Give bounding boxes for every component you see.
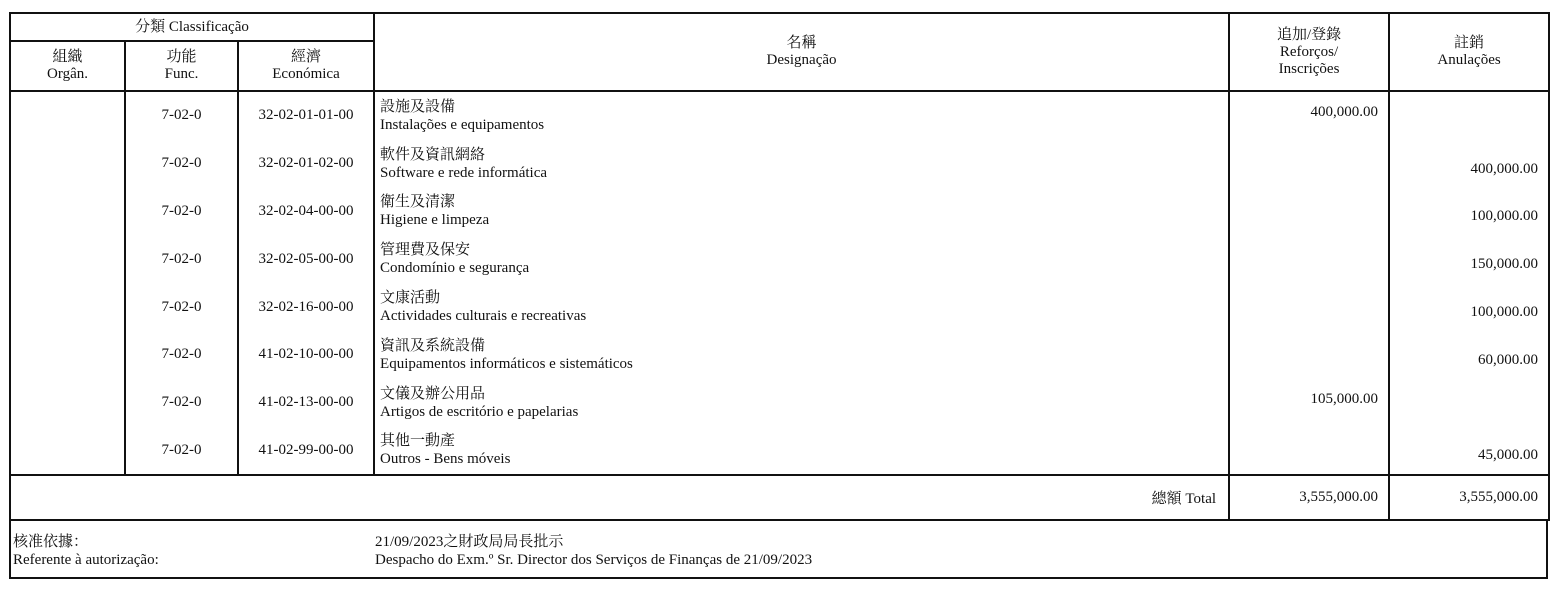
func-cell: 7-02-0 (126, 92, 237, 140)
reinforcement-cell (1230, 188, 1388, 236)
reinforcements-column: 400,000.00105,000.00 (1229, 91, 1389, 475)
organ-cell (11, 188, 124, 236)
authorization-value-pt: Despacho do Exm.º Sr. Director dos Servi… (375, 551, 812, 569)
func-column: 7-02-07-02-07-02-07-02-07-02-07-02-07-02… (125, 91, 238, 475)
designation-header-pt: Designação (375, 52, 1228, 69)
cancellation-cell: 400,000.00 (1390, 140, 1548, 188)
organ-cell (11, 283, 124, 331)
designation-cell: 文康活動Actividades culturais e recreativas (375, 283, 1228, 331)
econ-cell: 32-02-01-02-00 (239, 140, 373, 188)
econ-cell: 32-02-04-00-00 (239, 188, 373, 236)
econ-cell: 41-02-10-00-00 (239, 331, 373, 379)
func-header: 功能 Func. (125, 41, 238, 91)
reinforcements-header-pt2: Inscrições (1230, 61, 1388, 78)
func-cell: 7-02-0 (126, 283, 237, 331)
func-cell: 7-02-0 (126, 188, 237, 236)
cancellation-cell: 150,000.00 (1390, 235, 1548, 283)
reinforcement-cell (1230, 331, 1388, 379)
designation-zh: 設施及設備 (380, 98, 455, 116)
designation-zh: 資訊及系統設備 (380, 337, 485, 355)
organ-column (10, 91, 125, 475)
designation-cell: 文儀及辦公用品Artigos de escritório e papelaria… (375, 379, 1228, 427)
designation-cell: 其他一動產Outros - Bens móveis (375, 427, 1228, 475)
econ-cell: 32-02-05-00-00 (239, 235, 373, 283)
cancellation-cell: 100,000.00 (1390, 283, 1548, 331)
designation-zh: 衛生及清潔 (380, 193, 455, 211)
func-cell: 7-02-0 (126, 235, 237, 283)
econ-header: 經濟 Económica (238, 41, 374, 91)
econ-column: 32-02-01-01-0032-02-01-02-0032-02-04-00-… (238, 91, 374, 475)
reinforcement-cell (1230, 283, 1388, 331)
authorization-label-pt: Referente à autorização: (13, 551, 159, 569)
organ-cell (11, 427, 124, 475)
econ-cell: 41-02-99-00-00 (239, 427, 373, 475)
budget-transfer-document: 分類 Classificação 名稱 Designação 追加/登錄 Ref… (9, 12, 1548, 579)
reinforcement-cell: 105,000.00 (1230, 379, 1388, 427)
authorization-value-zh: 21/09/2023之財政局局長批示 (375, 533, 812, 551)
designation-pt: Condomínio e segurança (380, 259, 529, 277)
designation-column: 設施及設備Instalações e equipamentos軟件及資訊網絡So… (374, 91, 1229, 475)
designation-pt: Higiene e limpeza (380, 211, 489, 229)
designation-zh: 管理費及保安 (380, 241, 470, 259)
organ-cell (11, 235, 124, 283)
designation-cell: 設施及設備Instalações e equipamentos (375, 92, 1228, 140)
designation-pt: Equipamentos informáticos e sistemáticos (380, 355, 633, 373)
func-header-pt: Func. (126, 66, 237, 83)
designation-cell: 資訊及系統設備Equipamentos informáticos e siste… (375, 331, 1228, 379)
organ-header: 組織 Orgân. (10, 41, 125, 91)
designation-header-zh: 名稱 (375, 35, 1228, 52)
cancellation-cell: 45,000.00 (1390, 427, 1548, 475)
organ-header-pt: Orgân. (11, 66, 124, 83)
designation-pt: Software e rede informática (380, 164, 547, 182)
total-label: 總額 Total (10, 475, 1229, 520)
reinforcement-cell: 400,000.00 (1230, 92, 1388, 140)
organ-header-zh: 組織 (11, 49, 124, 66)
econ-header-zh: 經濟 (239, 49, 373, 66)
reinforcements-header: 追加/登錄 Reforços/ Inscrições (1229, 13, 1389, 91)
organ-cell (11, 379, 124, 427)
reinforcement-cell (1230, 235, 1388, 283)
cancellation-cell (1390, 92, 1548, 140)
designation-pt: Instalações e equipamentos (380, 116, 544, 134)
cancellation-cell (1390, 379, 1548, 427)
cancellations-header-zh: 註銷 (1390, 35, 1548, 52)
designation-zh: 文儀及辦公用品 (380, 385, 485, 403)
authorization-section: 核准依據： Referente à autorização: 21/09/202… (9, 521, 1548, 579)
cancellation-cell: 100,000.00 (1390, 188, 1548, 236)
designation-zh: 文康活動 (380, 289, 440, 307)
total-cancellations: 3,555,000.00 (1389, 475, 1549, 520)
designation-pt: Outros - Bens móveis (380, 450, 510, 468)
cancellations-column: 400,000.00100,000.00150,000.00100,000.00… (1389, 91, 1549, 475)
classification-header: 分類 Classificação (10, 13, 374, 41)
cancellations-header: 註銷 Anulações (1389, 13, 1549, 91)
total-reinforcements: 3,555,000.00 (1229, 475, 1389, 520)
designation-cell: 衛生及清潔Higiene e limpeza (375, 188, 1228, 236)
func-cell: 7-02-0 (126, 331, 237, 379)
budget-table: 分類 Classificação 名稱 Designação 追加/登錄 Ref… (9, 12, 1550, 521)
designation-cell: 管理費及保安Condomínio e segurança (375, 235, 1228, 283)
cancellations-header-pt: Anulações (1390, 52, 1548, 69)
reinforcements-header-zh: 追加/登錄 (1230, 27, 1388, 44)
organ-cell (11, 331, 124, 379)
authorization-label: 核准依據： Referente à autorização: (13, 533, 159, 569)
reinforcements-header-pt1: Reforços/ (1230, 44, 1388, 61)
authorization-label-zh: 核准依據： (13, 533, 159, 551)
designation-zh: 軟件及資訊網絡 (380, 146, 485, 164)
designation-cell: 軟件及資訊網絡Software e rede informática (375, 140, 1228, 188)
func-cell: 7-02-0 (126, 379, 237, 427)
econ-cell: 32-02-01-01-00 (239, 92, 373, 140)
econ-cell: 41-02-13-00-00 (239, 379, 373, 427)
designation-zh: 其他一動產 (380, 432, 455, 450)
designation-pt: Artigos de escritório e papelarias (380, 403, 578, 421)
organ-cell (11, 92, 124, 140)
designation-pt: Actividades culturais e recreativas (380, 307, 586, 325)
reinforcement-cell (1230, 140, 1388, 188)
authorization-value: 21/09/2023之財政局局長批示 Despacho do Exm.º Sr.… (375, 533, 812, 569)
func-header-zh: 功能 (126, 49, 237, 66)
econ-cell: 32-02-16-00-00 (239, 283, 373, 331)
designation-header: 名稱 Designação (374, 13, 1229, 91)
total-row: 總額 Total 3,555,000.00 3,555,000.00 (10, 475, 1549, 520)
func-cell: 7-02-0 (126, 140, 237, 188)
reinforcement-cell (1230, 427, 1388, 475)
econ-header-pt: Económica (239, 66, 373, 83)
organ-cell (11, 140, 124, 188)
cancellation-cell: 60,000.00 (1390, 331, 1548, 379)
func-cell: 7-02-0 (126, 427, 237, 475)
